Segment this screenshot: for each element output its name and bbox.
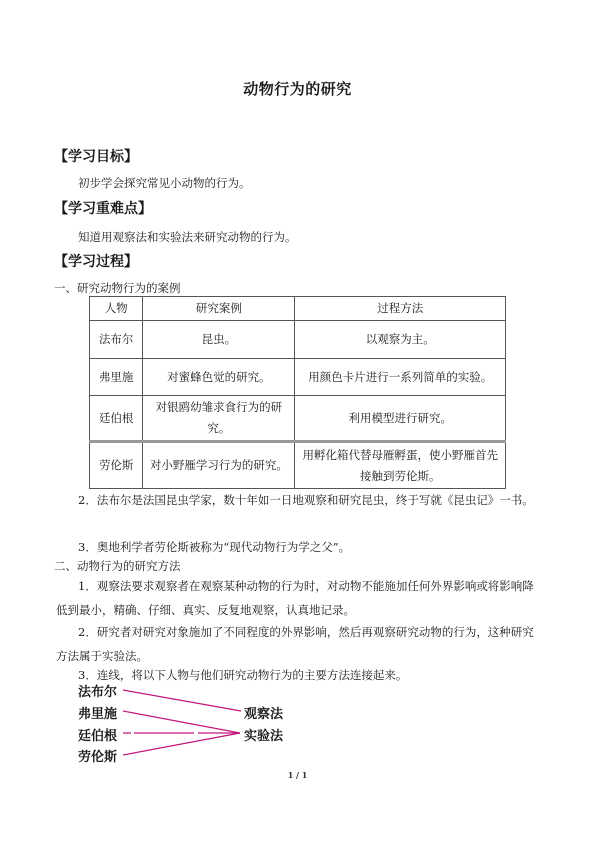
page-number: 1 / 1	[0, 770, 595, 780]
match-line	[123, 711, 240, 733]
match-line	[123, 690, 241, 711]
match-line	[123, 733, 240, 755]
matching-lines	[0, 0, 595, 841]
